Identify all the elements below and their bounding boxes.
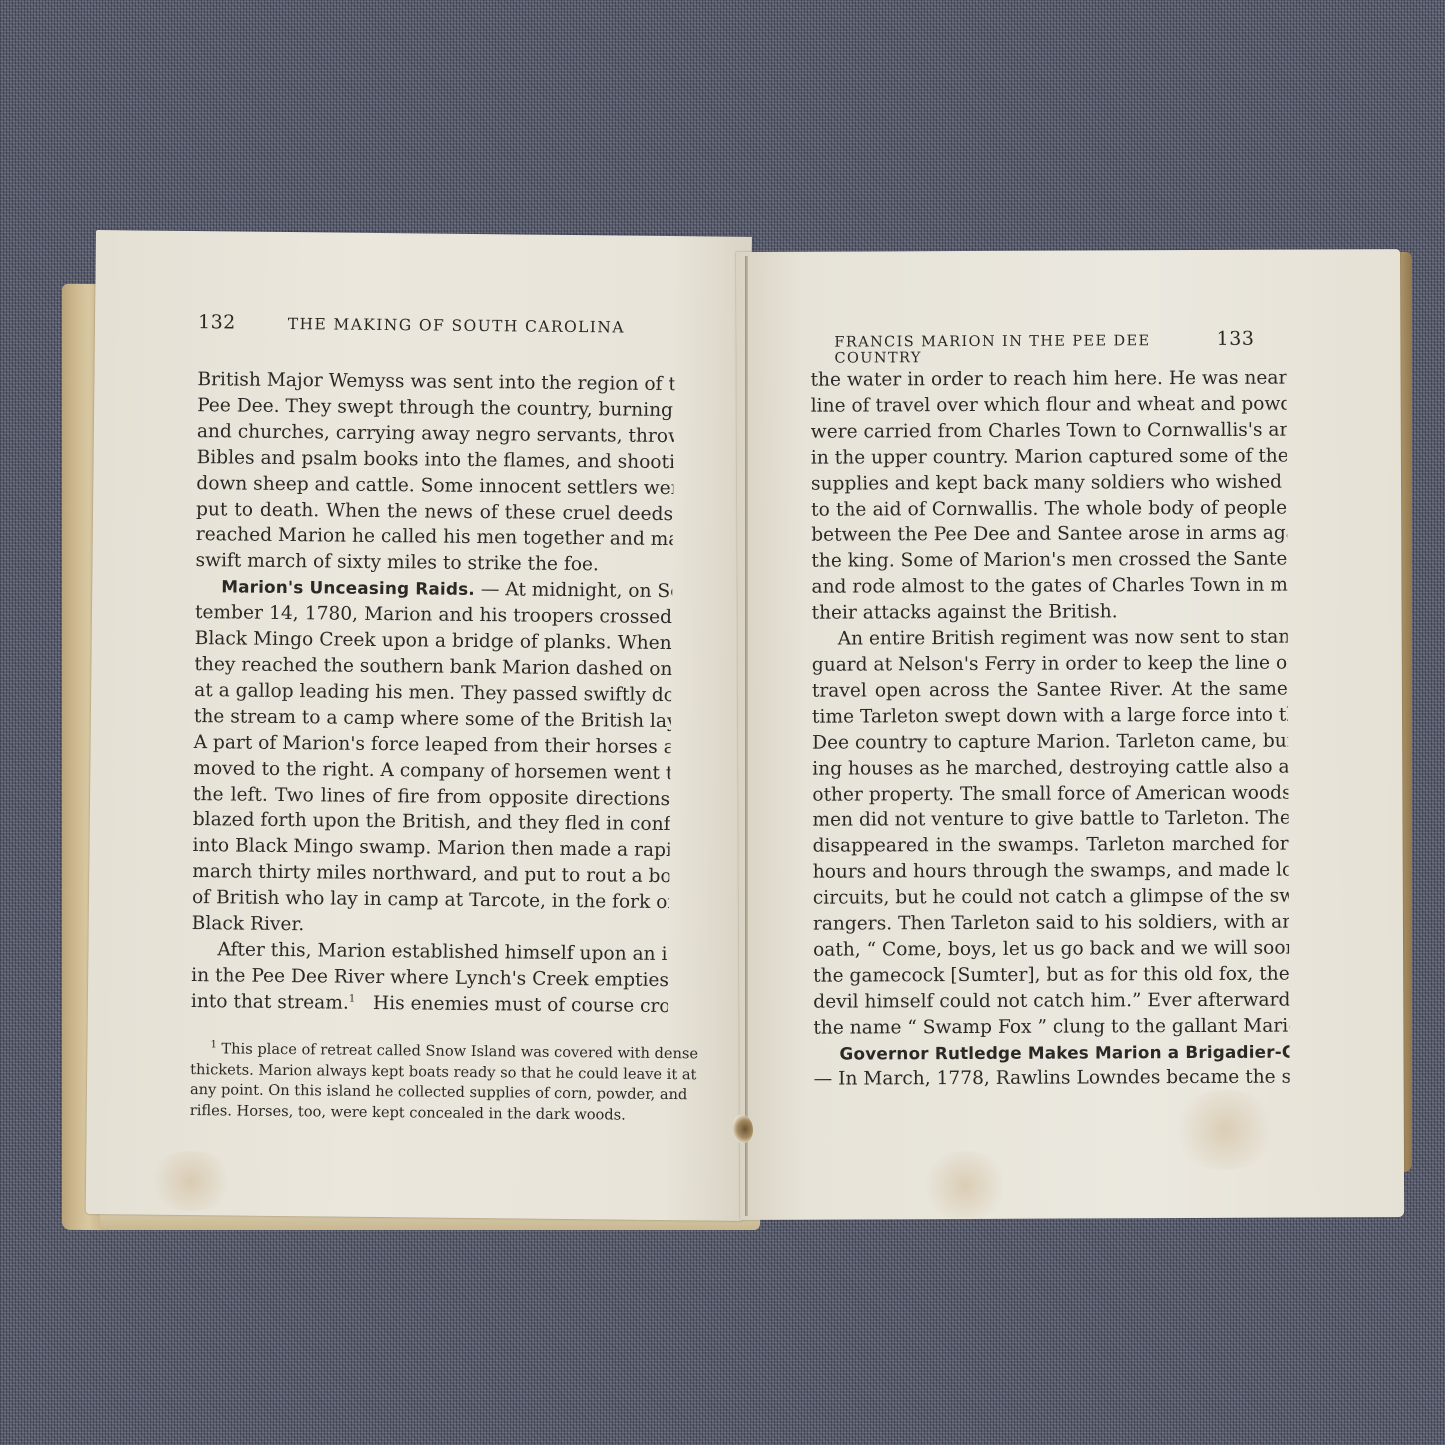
text-line: to the aid of Cornwallis. The whole body… xyxy=(811,495,1287,523)
text-line: ing houses as he marched, destroying cat… xyxy=(812,754,1288,782)
text-line: travel open across the Santee River. At … xyxy=(812,676,1288,704)
right-page: FRANCIS MARION IN THE PEE DEE COUNTRY 13… xyxy=(736,249,1404,1220)
paper-stain xyxy=(1170,1090,1280,1170)
text-fragment: into that stream. xyxy=(191,991,349,1014)
text-line: between the Pee Dee and Santee arose in … xyxy=(811,521,1287,549)
section-heading-marion-raids: Marion's Unceasing Raids. xyxy=(221,577,475,600)
left-body-text: British Major Wemyss was sent into the r… xyxy=(191,367,675,1020)
text-line: in the upper country. Marion captured so… xyxy=(811,443,1287,471)
text-line-with-footnote-ref: into that stream.1 His enemies must of c… xyxy=(191,989,668,1020)
text-line: rangers. Then Tarleton said to his soldi… xyxy=(813,910,1289,938)
footnote-line: rifles. Horses, too, were kept concealed… xyxy=(190,1101,667,1127)
text-line: the gamecock [Sumter], but as for this o… xyxy=(813,961,1289,989)
page-tear xyxy=(733,1115,753,1143)
right-body-text: the water in order to reach him here. He… xyxy=(811,366,1290,1093)
text-line: circuits, but he could not catch a glimp… xyxy=(813,884,1289,912)
text-line: guard at Nelson's Ferry in order to keep… xyxy=(812,651,1288,679)
text-line: An entire British regiment was now sent … xyxy=(812,625,1288,653)
text-line: Dee country to capture Marion. Tarleton … xyxy=(812,728,1288,756)
text-fragment: — At midnight, on Sep- xyxy=(475,579,673,602)
left-running-head: 132 THE MAKING OF SOUTH CAROLINA xyxy=(198,311,698,338)
footnote-reference: 1 xyxy=(349,993,355,1004)
section-heading-rutledge: Governor Rutledge Makes Marion a Brigadi… xyxy=(839,1041,1289,1063)
text-line: devil himself could not catch him.” Ever… xyxy=(813,987,1289,1015)
book-title-header: THE MAKING OF SOUTH CAROLINA xyxy=(288,315,625,337)
text-line: men did not venture to give battle to Ta… xyxy=(812,806,1288,834)
paper-stain xyxy=(146,1151,237,1212)
open-book: 132 THE MAKING OF SOUTH CAROLINA British… xyxy=(0,0,1445,1445)
text-line: the name “ Swamp Fox ” clung to the gall… xyxy=(813,1013,1289,1041)
footnote: 1 This place of retreat called Snow Isla… xyxy=(190,1039,668,1127)
text-line: the king. Some of Marion's men crossed t… xyxy=(811,547,1287,575)
text-line: the water in order to reach him here. He… xyxy=(811,366,1287,394)
text-line: were carried from Charles Town to Cornwa… xyxy=(811,417,1287,445)
text-line: disappeared in the swamps. Tarleton marc… xyxy=(813,832,1289,860)
text-line: time Tarleton swept down with a large fo… xyxy=(812,702,1288,730)
left-page: 132 THE MAKING OF SOUTH CAROLINA British… xyxy=(86,230,752,1221)
text-line: — In March, 1778, Rawlins Lowndes became… xyxy=(814,1065,1290,1093)
text-line: oath, “ Come, boys, let us go back and w… xyxy=(813,936,1289,964)
paper-stain xyxy=(920,1151,1010,1221)
text-line: other property. The small force of Ameri… xyxy=(812,780,1288,808)
chapter-title-header: FRANCIS MARION IN THE PEE DEE COUNTRY xyxy=(834,333,1216,367)
page-number-left: 132 xyxy=(198,311,236,333)
text-line: line of travel over which flour and whea… xyxy=(811,392,1287,420)
book-gutter xyxy=(745,256,748,1216)
text-line: supplies and kept back many soldiers who… xyxy=(811,469,1287,497)
text-line: their attacks against the British. xyxy=(812,599,1288,627)
right-running-head: FRANCIS MARION IN THE PEE DEE COUNTRY 13… xyxy=(834,328,1254,367)
text-line: and rode almost to the gates of Charles … xyxy=(811,573,1287,601)
text-line: hours and hours through the swamps, and … xyxy=(813,858,1289,886)
section-heading-line: Governor Rutledge Makes Marion a Brigadi… xyxy=(813,1039,1289,1067)
text-fragment: This place of retreat called Snow Island… xyxy=(221,1040,698,1062)
page-number-right: 133 xyxy=(1217,328,1255,350)
text-fragment: His enemies must of course cross xyxy=(373,993,668,1017)
footnote-marker: 1 xyxy=(210,1039,216,1050)
